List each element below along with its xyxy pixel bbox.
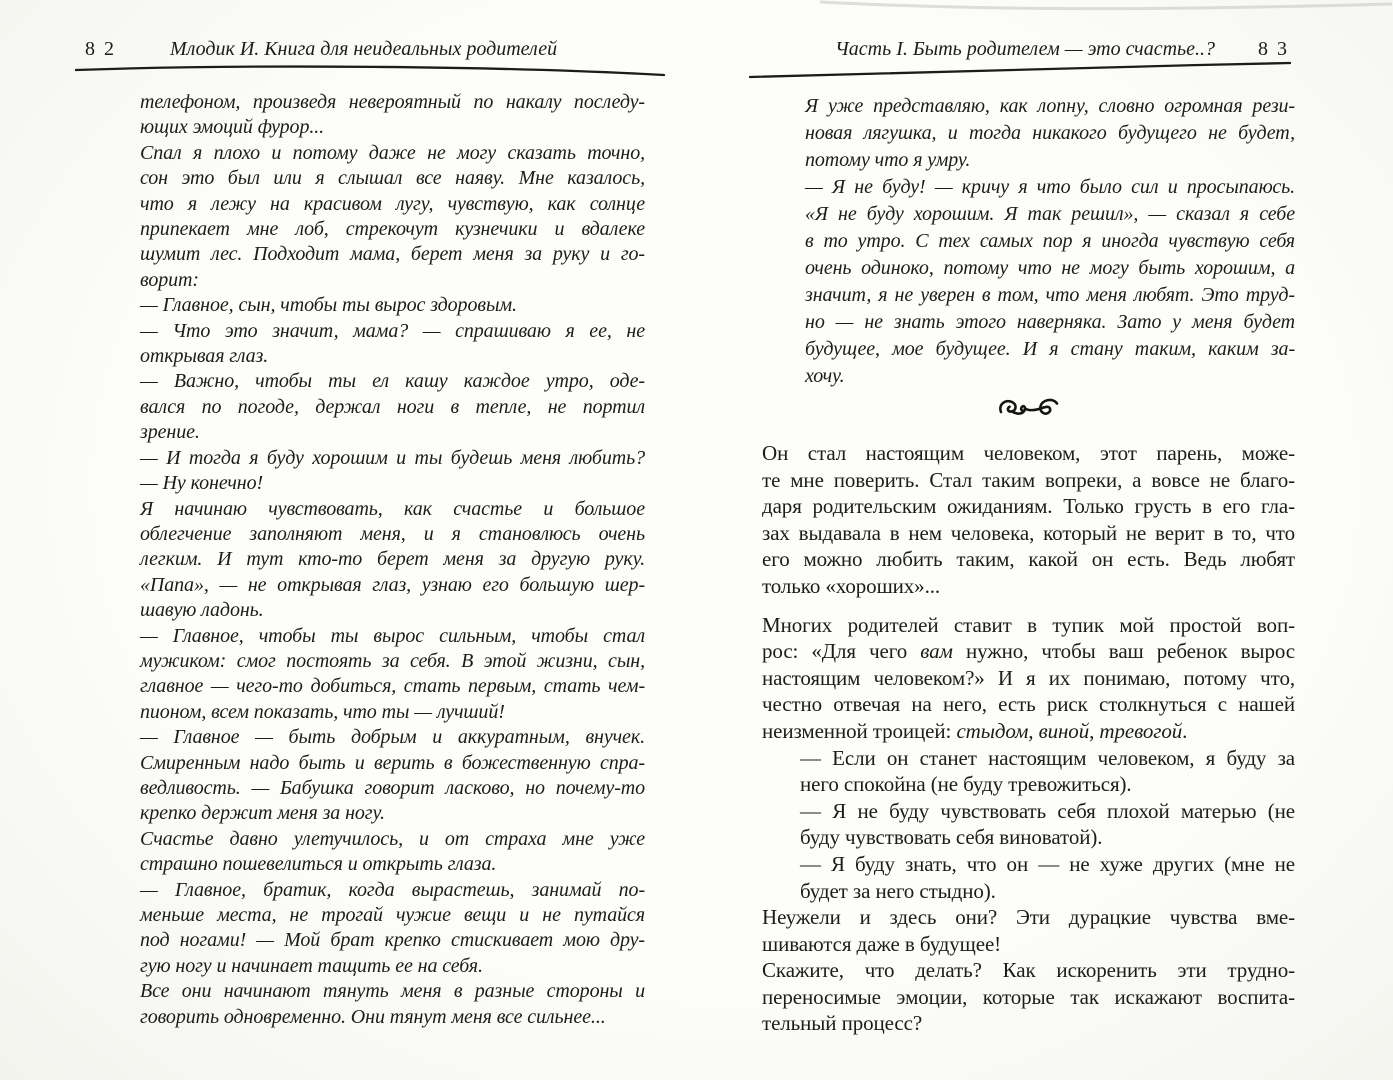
text-line: — Ну конечно! — [140, 471, 645, 496]
paragraph — [762, 396, 1295, 422]
paragraph: — Главное, сын, чтобы ты вырос здоровым. — [140, 293, 645, 318]
text-line: потому что я умру. — [805, 147, 1295, 174]
header-rule-right — [750, 63, 1290, 77]
paragraph: — Главное — быть добрым и аккуратным, вн… — [140, 725, 645, 827]
text-line: открывая глаз. — [140, 344, 645, 369]
text-line: новая лягушка, и тогда никакого будущего… — [805, 120, 1295, 147]
text-line: под ногами! — Мой брат крепко стискивает… — [140, 928, 645, 953]
text-line: ющих эмоций фурор... — [140, 115, 645, 140]
paragraph: телефоном, произведя невероятный по нака… — [140, 90, 645, 141]
paragraph-lines: Счастье давно улетучилось, и от страха м… — [140, 827, 645, 878]
text-line: — Главное — быть добрым и аккуратным, вн… — [140, 725, 645, 750]
text-line: неизменной троицей: стыдом, виной, трево… — [762, 718, 1295, 745]
text-line: Неужели и здесь они? Эти дурацкие чувств… — [762, 904, 1295, 931]
paragraph: — Я не буду чувствовать себя плохой мате… — [762, 798, 1295, 851]
right-page-body: Я уже представляю, как лопну, словно огр… — [762, 93, 1295, 1037]
page-edge-shadow — [820, 2, 1392, 9]
book-scan: 8 2 Млодик И. Книга для неидеальных роди… — [0, 0, 1393, 1080]
paragraph: — Главное, братик, когда вырастешь, зани… — [140, 878, 645, 980]
page-number-left: 8 2 — [85, 38, 116, 61]
text-line: буду чувствовать себя виноватой). — [762, 824, 1295, 851]
running-title-right: Часть I. Быть родителем — это счастье..? — [835, 38, 1215, 61]
text-line: страшно пошевелиться и открыть глаза. — [140, 852, 645, 877]
paragraph-lines: Я уже представляю, как лопну, словно огр… — [805, 93, 1295, 174]
text-line: — Я не буду! — кричу я что было сил и пр… — [805, 174, 1295, 201]
paragraph: — Если он станет настоящим человеком, я … — [762, 745, 1295, 798]
paragraph-lines: телефоном, произведя невероятный по нака… — [140, 90, 645, 141]
text-line: — И тогда я буду хорошим и ты будешь мен… — [140, 446, 645, 471]
text-line: Счастье давно улетучилось, и от страха м… — [140, 827, 645, 852]
text-line: Многих родителей ставит в тупик мой прос… — [762, 612, 1295, 639]
text-line: — Главное, сын, чтобы ты вырос здоровым. — [140, 293, 645, 318]
text-line: хочу. — [805, 363, 1295, 390]
text-line: — Я не буду чувствовать себя плохой мате… — [762, 798, 1295, 825]
text-line: ведливость. — Бабушка говорит ласково, н… — [140, 776, 645, 801]
paragraph-lines: — Главное, чтобы ты вырос сильным, чтобы… — [140, 624, 645, 726]
text-line: очень одиноко, потому что не могу быть х… — [805, 255, 1295, 282]
paragraph-lines: Скажите, что делать? Как искоренить эти … — [762, 957, 1295, 1037]
text-line: что я лежу на красивом лугу, чувствую, к… — [140, 192, 645, 217]
plain-text: рос: «Для чего — [762, 639, 920, 663]
text-line: Смиренным надо быть и верить в божествен… — [140, 751, 645, 776]
paragraph-lines: «Я не буду хорошим. Я так решил», — сказ… — [805, 201, 1295, 390]
text-line: Все они начинают тянуть меня в разные ст… — [140, 979, 645, 1004]
paragraph: Неужели и здесь они? Эти дурацкие чувств… — [762, 904, 1295, 957]
text-line: но — не знать этого наверняка. Зато у ме… — [805, 309, 1295, 336]
plain-text: . — [1182, 719, 1187, 743]
paragraph: Я начинаю чувствовать, как счастье и бол… — [140, 497, 645, 624]
text-line: только «хороших»... — [762, 573, 1295, 600]
paragraph: Счастье давно улетучилось, и от страха м… — [140, 827, 645, 878]
text-line: будет за него стыдно). — [762, 878, 1295, 905]
text-line: Скажите, что делать? Как искоренить эти … — [762, 957, 1295, 984]
text-line: его можно любить таким, какой он есть. В… — [762, 546, 1295, 573]
paragraph: «Я не буду хорошим. Я так решил», — сказ… — [805, 201, 1295, 390]
text-line: мужиком: смог постоять за себя. В этой ж… — [140, 649, 645, 674]
paragraph: — Я не буду! — кричу я что было сил и пр… — [805, 174, 1295, 201]
text-line: крепко держит меня за ногу. — [140, 801, 645, 826]
text-line: — Главное, чтобы ты вырос сильным, чтобы… — [140, 624, 645, 649]
paragraph-lines: — Главное, сын, чтобы ты вырос здоровым. — [140, 293, 645, 318]
paragraph-lines: Неужели и здесь они? Эти дурацкие чувств… — [762, 904, 1295, 957]
text-line: зах выдавала в нем человека, который не … — [762, 520, 1295, 547]
plain-text: неизменной троицей: — [762, 719, 956, 743]
text-line: — Я буду знать, что он — не хуже других … — [762, 851, 1295, 878]
text-line: «Папа», — не открывая глаз, узнаю его бо… — [140, 573, 645, 598]
paragraph-lines: Я начинаю чувствовать, как счастье и бол… — [140, 497, 645, 624]
paragraph: — Я буду знать, что он — не хуже других … — [762, 851, 1295, 904]
paragraph: Скажите, что делать? Как искоренить эти … — [762, 957, 1295, 1037]
text-line: говорить одновременно. Они тянут меня вс… — [140, 1005, 645, 1030]
paragraph-lines: — Ну конечно! — [140, 471, 645, 496]
paragraph: — И тогда я буду хорошим и ты будешь мен… — [140, 446, 645, 471]
text-line: тельный процесс? — [762, 1010, 1295, 1037]
text-line: значит, я не уверен в том, что меня любя… — [805, 282, 1295, 309]
paragraph-lines: — Я буду знать, что он — не хуже других … — [762, 851, 1295, 904]
plain-text: нужно, чтобы ваш ребенок вырос — [953, 639, 1295, 663]
paragraph: Многих родителей ставит в тупик мой прос… — [762, 612, 1295, 745]
text-line: гую ногу и начинает тащить ее на себя. — [140, 954, 645, 979]
text-line: Спал я плохо и потому даже не могу сказа… — [140, 141, 645, 166]
paragraph-lines: — Если он станет настоящим человеком, я … — [762, 745, 1295, 798]
paragraph: — Важно, чтобы ты ел кашу каждое утро, о… — [140, 369, 645, 445]
text-line: Он стал настоящим человеком, этот парень… — [762, 440, 1295, 467]
text-line: легким. И тут кто-то берет меня за другу… — [140, 547, 645, 572]
text-line: главное — чего-то добиться, стать первым… — [140, 674, 645, 699]
text-line: — Если он станет настоящим человеком, я … — [762, 745, 1295, 772]
text-line: него спокойна (не буду тревожиться). — [762, 771, 1295, 798]
left-page-body: телефоном, произведя невероятный по нака… — [140, 90, 645, 1030]
paragraph: — Главное, чтобы ты вырос сильным, чтобы… — [140, 624, 645, 726]
text-line: пионом, всем показать, что ты — лучший! — [140, 700, 645, 725]
text-line: — Важно, чтобы ты ел кашу каждое утро, о… — [140, 369, 645, 394]
text-line: Я начинаю чувствовать, как счастье и бол… — [140, 497, 645, 522]
paragraph-lines: — Главное, братик, когда вырастешь, зани… — [140, 878, 645, 980]
paragraph-lines: — Главное — быть добрым и аккуратным, вн… — [140, 725, 645, 827]
text-line: те мне поверить. Стал таким вопреки, а в… — [762, 467, 1295, 494]
paragraph-lines: Все они начинают тянуть меня в разные ст… — [140, 979, 645, 1030]
text-line: припекает мне лоб, стрекочут кузнечики и… — [140, 217, 645, 242]
text-line: Я уже представляю, как лопну, словно огр… — [805, 93, 1295, 120]
paragraph: Все они начинают тянуть меня в разные ст… — [140, 979, 645, 1030]
emphasized-text: вам — [920, 639, 953, 663]
paragraph-lines: — Важно, чтобы ты ел кашу каждое утро, о… — [140, 369, 645, 445]
paragraph-lines: Он стал настоящим человеком, этот парень… — [762, 440, 1295, 600]
paragraph: Я уже представляю, как лопну, словно огр… — [805, 93, 1295, 174]
text-line: зрение. — [140, 420, 645, 445]
text-line: ворит: — [140, 268, 645, 293]
header-rule-left — [76, 67, 664, 75]
text-line: даря родительским ожиданиям. Только грус… — [762, 493, 1295, 520]
paragraph: Спал я плохо и потому даже не могу сказа… — [140, 141, 645, 293]
paragraph-lines: — Я не буду чувствовать себя плохой мате… — [762, 798, 1295, 851]
text-line: будущее, мое будущее. И я стану таким, к… — [805, 336, 1295, 363]
text-line: вался по погоде, держал ноги в тепле, не… — [140, 395, 645, 420]
text-line: шавую ладонь. — [140, 598, 645, 623]
text-line: шиваются даже в будущее! — [762, 931, 1295, 958]
emphasized-text: стыдом, виной, тревогой — [956, 719, 1182, 743]
running-title-left: Млодик И. Книга для неидеальных родителе… — [170, 38, 557, 61]
text-line: «Я не буду хорошим. Я так решил», — сказ… — [805, 201, 1295, 228]
page-number-right: 8 3 — [1258, 38, 1289, 61]
text-line: шумит лес. Подходит мама, берет меня за … — [140, 242, 645, 267]
paragraph-lines: — И тогда я буду хорошим и ты будешь мен… — [140, 446, 645, 471]
text-line: в то утро. С тех самых пор я иногда чувс… — [805, 228, 1295, 255]
text-line: честно отвечая на него, есть риск столкн… — [762, 691, 1295, 718]
paragraph: — Что это значит, мама? — спрашиваю я ее… — [140, 319, 645, 370]
text-line: переносимые эмоции, которые так искажают… — [762, 984, 1295, 1011]
paragraph: — Ну конечно! — [140, 471, 645, 496]
text-line: — Главное, братик, когда вырастешь, зани… — [140, 878, 645, 903]
text-line: сон это был или я слышал все наяву. Мне … — [140, 166, 645, 191]
paragraph-lines: Многих родителей ставит в тупик мой прос… — [762, 612, 1295, 745]
paragraph-lines: — Я не буду! — кричу я что было сил и пр… — [805, 174, 1295, 201]
text-line: облегчение заполняют меня, и я становлюс… — [140, 522, 645, 547]
fleuron-icon — [996, 396, 1062, 422]
text-line: меньше места, не трогай чужие вещи и не … — [140, 903, 645, 928]
text-line: телефоном, произведя невероятный по нака… — [140, 90, 645, 115]
paragraph-lines: — Что это значит, мама? — спрашиваю я ее… — [140, 319, 645, 370]
text-line: — Что это значит, мама? — спрашиваю я ее… — [140, 319, 645, 344]
paragraph: Он стал настоящим человеком, этот парень… — [762, 440, 1295, 600]
text-line: настоящим человеком?» И я их понимаю, по… — [762, 665, 1295, 692]
text-line: рос: «Для чего вам нужно, чтобы ваш ребе… — [762, 638, 1295, 665]
paragraph-lines: Спал я плохо и потому даже не могу сказа… — [140, 141, 645, 293]
